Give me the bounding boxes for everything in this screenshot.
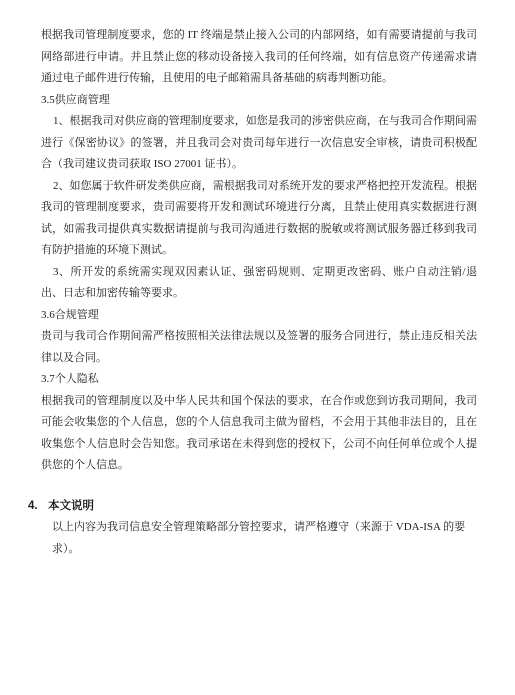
heading-3-6-compliance-management: 3.6合规管理 bbox=[41, 305, 477, 327]
heading-4-document-note: 4. 本文说明 bbox=[28, 496, 477, 518]
list-item-2-dev-test-separation: 2、如您属于软件研发类供应商，需根据我司对系统开发的要求严格把控开发流程。根据我… bbox=[41, 176, 477, 262]
heading-4-title: 本文说明 bbox=[48, 496, 94, 518]
document-page: 根据我司管理制度要求，您的 IT 终端是禁止接入公司的内部网络，如有需要请提前与… bbox=[0, 0, 515, 695]
heading-4-number: 4. bbox=[28, 496, 48, 518]
paragraph-it-terminal-policy: 根据我司管理制度要求，您的 IT 终端是禁止接入公司的内部网络，如有需要请提前与… bbox=[41, 25, 477, 90]
heading-3-5-supplier-management: 3.5供应商管理 bbox=[41, 90, 477, 112]
document-content: 根据我司管理制度要求，您的 IT 终端是禁止接入公司的内部网络，如有需要请提前与… bbox=[41, 25, 477, 560]
paragraph-compliance: 贵司与我司合作期间需严格按照相关法律法规以及签署的服务合同进行，禁止违反相关法律… bbox=[41, 326, 477, 369]
paragraph-personal-privacy: 根据我司的管理制度以及中华人民共和国个保法的要求，在合作或您到访我司期间，我司可… bbox=[41, 391, 477, 477]
heading-3-7-personal-privacy: 3.7个人隐私 bbox=[41, 369, 477, 391]
list-item-1-supplier-nda: 1、根据我司对供应商的管理制度要求，如您是我司的涉密供应商，在与我司合作期间需进… bbox=[41, 111, 477, 176]
list-item-3-system-security-requirements: 3、所开发的系统需实现双因素认证、强密码规则、定期更改密码、账户自动注销/退出、… bbox=[41, 262, 477, 305]
paragraph-document-note: 以上内容为我司信息安全管理策略部分管控要求，请严格遵守（来源于 VDA-ISA … bbox=[41, 517, 477, 560]
